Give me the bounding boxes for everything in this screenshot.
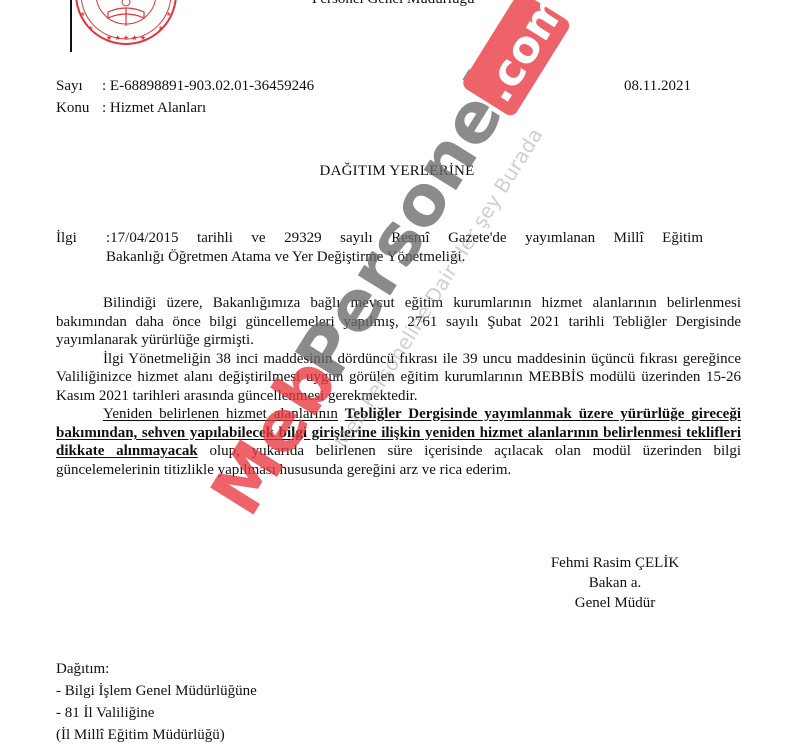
paragraph-3: Yeniden belirlenen hizmet alanlarının Te… bbox=[56, 405, 741, 479]
svg-text:★ ★ ★ ★ ★: ★ ★ ★ ★ ★ bbox=[106, 34, 146, 42]
document-number-row: Sayı: E-68898891-903.02.01-36459246 bbox=[56, 78, 314, 95]
distribution-item: - 81 İl Valiliğine bbox=[56, 702, 257, 724]
signatory-authority: Bakan a. bbox=[530, 573, 700, 593]
distribution-item: (İl Millî Eğitim Müdürlüğü) bbox=[56, 724, 257, 746]
distribution-list: Dağıtım: - Bilgi İşlem Genel Müdürlüğüne… bbox=[56, 658, 257, 746]
header-divider bbox=[70, 0, 72, 52]
reference-line-2: Bakanlığı Öğretmen Atama ve Yer Değiştir… bbox=[106, 248, 465, 267]
signatory-title: Genel Müdür bbox=[530, 593, 700, 613]
konu-value: : Hizmet Alanları bbox=[102, 100, 206, 116]
svg-text:★: ★ bbox=[88, 25, 93, 32]
distribution-label: Dağıtım: bbox=[56, 658, 257, 680]
paragraph-1: Bilindiği üzere, Bakanlığımıza bağlı mev… bbox=[56, 294, 741, 350]
organization-name: Personel Genel Müdürlüğü bbox=[312, 0, 474, 8]
reference-label: İlgi bbox=[56, 229, 77, 248]
paragraph-3-underlined: Yeniden belirlenen hizmet alanlarının bbox=[103, 406, 338, 422]
signatory-name: Fehmi Rasim ÇELİK bbox=[530, 553, 700, 573]
distribution-item: - Bilgi İşlem Genel Müdürlüğüne bbox=[56, 680, 257, 702]
svg-text:★: ★ bbox=[166, 11, 171, 18]
sayi-label: Sayı bbox=[56, 78, 102, 95]
reference-line-1: :17/04/2015 tarihli ve 29329 sayılı Resm… bbox=[106, 229, 703, 248]
watermark-brand-suffix: .com bbox=[472, 0, 578, 111]
document-date: 08.11.2021 bbox=[624, 78, 691, 95]
letter-body: Bilindiği üzere, Bakanlığımıza bağlı mev… bbox=[56, 294, 741, 479]
svg-text:★: ★ bbox=[158, 25, 163, 32]
addressee-heading: DAĞITIM YERLERİNE bbox=[0, 163, 794, 180]
official-letter-page: ★ ★ ★ ★ ★ ★ ★ ★ ★ Personel Genel Müdürlü… bbox=[0, 0, 794, 752]
paragraph-2: İlgi Yönetmeliğin 38 inci maddesinin dör… bbox=[56, 350, 741, 406]
ministry-seal-icon: ★ ★ ★ ★ ★ ★ ★ ★ ★ bbox=[74, 0, 178, 46]
signature-block: Fehmi Rasim ÇELİK Bakan a. Genel Müdür bbox=[530, 553, 700, 613]
sayi-value: : E-68898891-903.02.01-36459246 bbox=[102, 78, 314, 94]
svg-text:★: ★ bbox=[80, 11, 85, 18]
subject-row: Konu: Hizmet Alanları bbox=[56, 100, 206, 117]
konu-label: Konu bbox=[56, 100, 102, 117]
